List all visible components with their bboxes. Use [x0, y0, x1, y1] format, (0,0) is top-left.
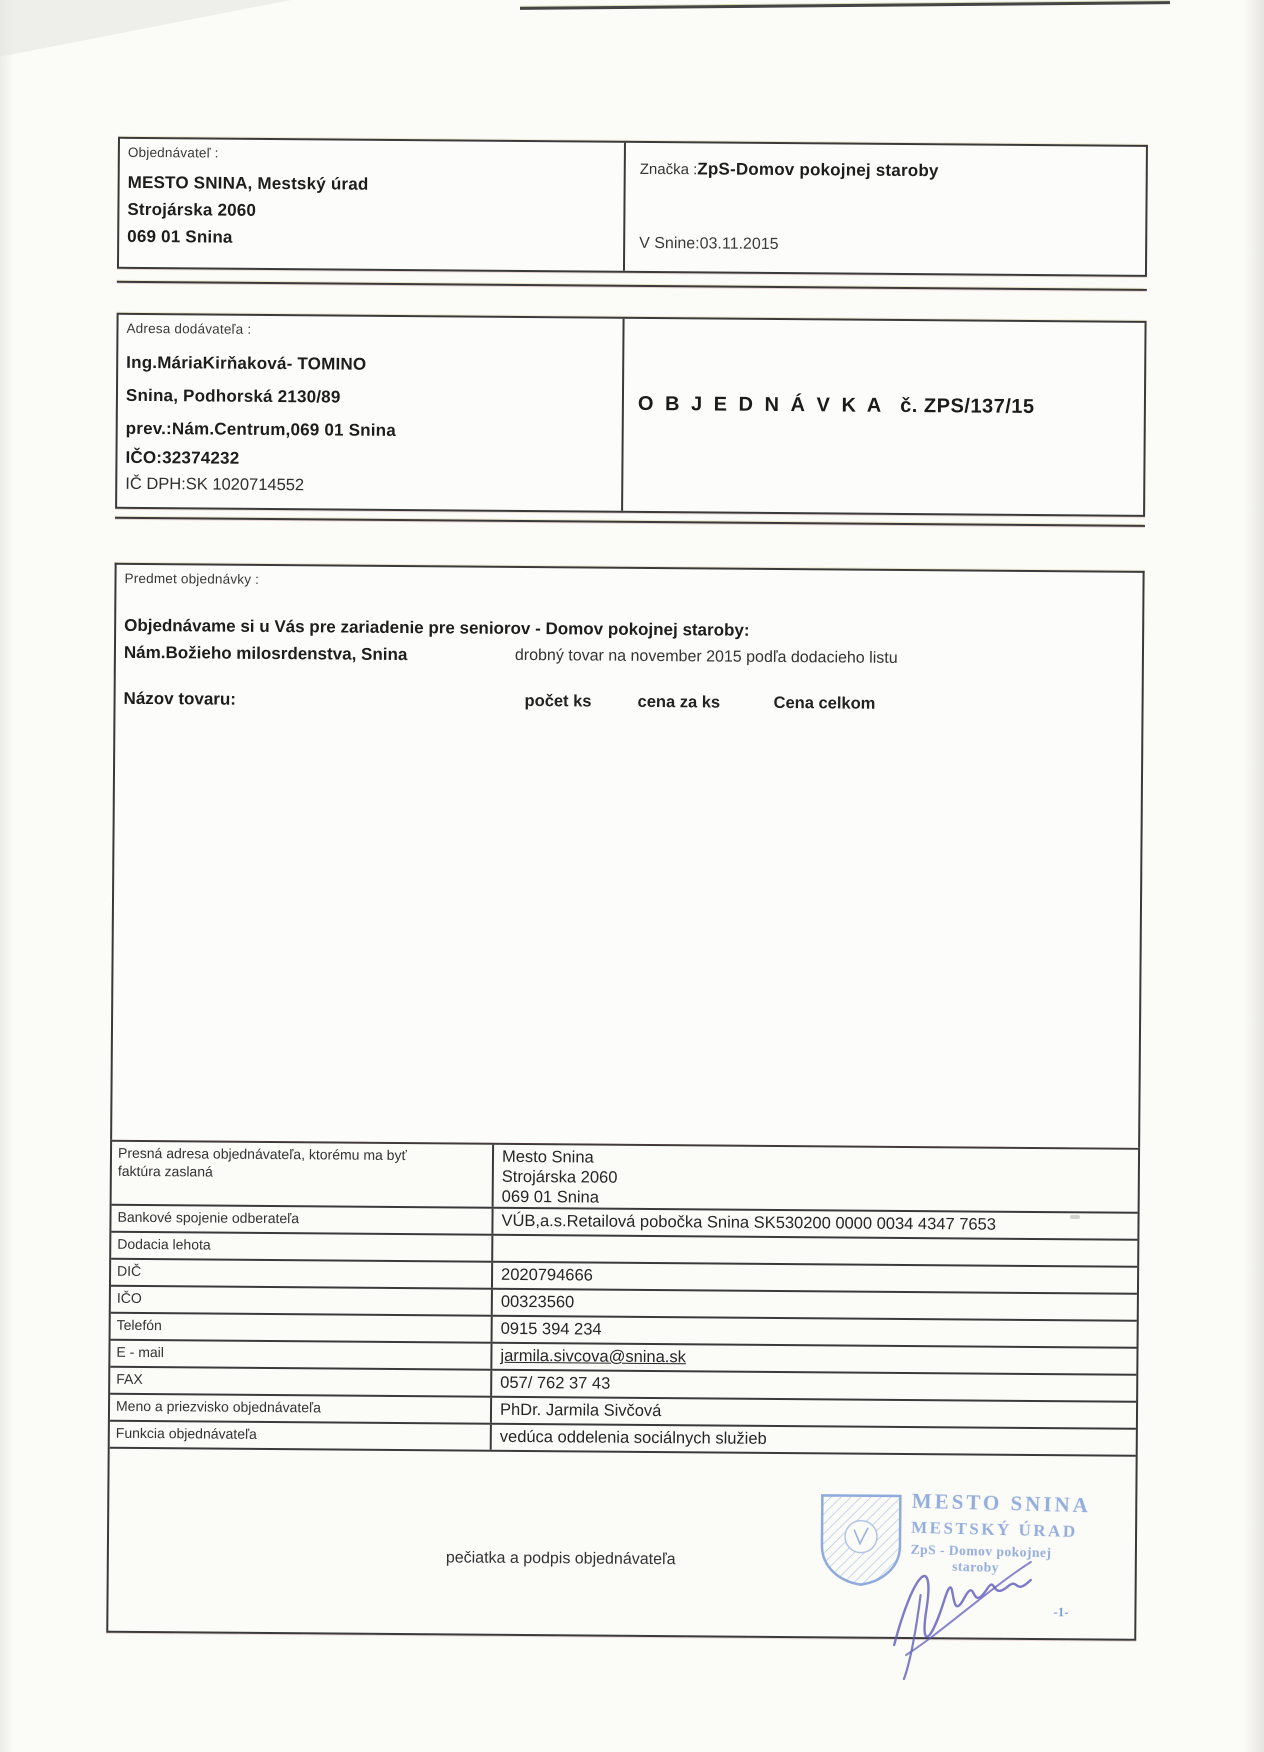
- items-label: Názov tovaru:: [124, 689, 237, 709]
- detail-value: 0915 394 234: [493, 1317, 1137, 1347]
- supplier-label: Adresa dodávateľa :: [126, 321, 614, 340]
- subject-columns-row: Názov tovaru: počet ks cena za ks Cena c…: [123, 689, 1133, 719]
- stamp-caption: pečiatka a podpis objednávateľa: [446, 1549, 676, 1569]
- subject-location: Nám.Božieho milosrdenstva, Snina: [124, 643, 408, 664]
- col-header-quantity: počet ks: [525, 692, 592, 712]
- detail-label: IČO: [111, 1287, 493, 1315]
- detail-value: [493, 1236, 1137, 1266]
- detail-value: 00323560: [493, 1290, 1137, 1320]
- supplier-street: Snina, Podhorská 2130/89: [126, 379, 614, 416]
- col-header-unit-price: cena za ks: [638, 693, 721, 713]
- detail-label: Presná adresa objednávateľa, ktorému ma …: [112, 1142, 494, 1207]
- subject-line2: Nám.Božieho milosrdenstva, Snina drobný …: [124, 643, 1134, 673]
- col-header-total-price: Cena celkom: [773, 694, 875, 714]
- detail-value-email: jarmila.sivcova@snina.sk: [492, 1344, 1136, 1374]
- separator-line: [115, 517, 1145, 527]
- separator-line: [117, 281, 1147, 291]
- reference-label: Značka :: [640, 161, 698, 178]
- order-number-word: O B J E D N Á V K A: [638, 393, 884, 417]
- detail-label: FAX: [110, 1368, 492, 1396]
- detail-value: Mesto Snina Strojárska 2060 069 01 Snina: [494, 1145, 1138, 1212]
- detail-label: E - mail: [110, 1341, 492, 1369]
- reference-cell: Značka :ZpS-Domov pokojnej staroby V Sni…: [625, 143, 1146, 275]
- scan-left-edge-shade: [0, 0, 14, 1752]
- supplier-cell: Adresa dodávateľa : Ing.MáriaKirňaková- …: [117, 315, 624, 511]
- document-content: Objednávateľ : MESTO SNINA, Mestský úrad…: [106, 137, 1148, 1641]
- scanned-order-form-page: Objednávateľ : MESTO SNINA, Mestský úrad…: [0, 0, 1264, 1752]
- orderer-city: 069 01 Snina: [127, 223, 615, 254]
- order-number: O B J E D N Á V K Ač. ZPS/137/15: [638, 393, 1136, 420]
- stamp-signature-area: pečiatka a podpis objednávateľa M: [108, 1447, 1135, 1639]
- official-stamp: MESTO SNINA MESTSKÝ ÚRAD ZpS - Domov pok…: [798, 1484, 1159, 1647]
- table-row: Presná adresa objednávateľa, ktorému ma …: [112, 1142, 1138, 1212]
- orderer-reference-box: Objednávateľ : MESTO SNINA, Mestský úrad…: [117, 137, 1148, 277]
- detail-value: 2020794666: [493, 1263, 1137, 1293]
- detail-label: Telefón: [111, 1314, 493, 1342]
- detail-label: Dodacia lehota: [111, 1233, 493, 1261]
- orderer-label: Objednávateľ :: [128, 145, 616, 164]
- detail-value: 057/ 762 37 43: [492, 1371, 1136, 1401]
- supplier-name: Ing.MáriaKirňaková- TOMINO: [126, 346, 614, 383]
- subject-label: Predmet objednávky :: [124, 571, 1134, 594]
- detail-label: Bankové spojenie odberateľa: [111, 1206, 493, 1234]
- stamp-line: MESTO SNINA: [912, 1489, 1173, 1521]
- scan-corner-shade: [0, 0, 584, 58]
- subject-period: drobný tovar na november 2015 podľa doda…: [515, 647, 898, 668]
- detail-label: DIČ: [111, 1260, 493, 1288]
- order-number-cell: O B J E D N Á V K Ač. ZPS/137/15: [623, 319, 1144, 515]
- supplier-order-box: Adresa dodávateľa : Ing.MáriaKirňaková- …: [115, 313, 1147, 517]
- subject-line1: Objednávame si u Vás pre zariadenie pre …: [124, 616, 1134, 644]
- scan-right-edge-shade: [1244, 0, 1264, 1752]
- subject-box: Predmet objednávky : Objednávame si u Vá…: [110, 563, 1145, 1148]
- scan-edge-line: [520, 1, 1170, 10]
- detail-value: VÚB,a.s.Retailová pobočka Snina SK530200…: [493, 1209, 1137, 1239]
- detail-label-line: faktúra zaslaná: [118, 1162, 486, 1183]
- detail-value: PhDr. Jarmila Sivčová: [492, 1398, 1136, 1428]
- detail-label: Funkcia objednávateľa: [110, 1422, 492, 1450]
- supplier-branch: prev.:Nám.Centrum,069 01 Snina: [126, 412, 614, 449]
- reference-line: Značka :ZpS-Domov pokojnej staroby: [640, 159, 1138, 183]
- signature: [880, 1537, 1091, 1689]
- orderer-name: MESTO SNINA, Mestský úrad: [128, 169, 616, 200]
- details-table: Presná adresa objednávateľa, ktorému ma …: [106, 1140, 1140, 1641]
- reference-value: ZpS-Domov pokojnej staroby: [697, 159, 938, 180]
- orderer-street: Strojárska 2060: [127, 196, 615, 227]
- order-number-value: č. ZPS/137/15: [900, 395, 1035, 418]
- orderer-cell: Objednávateľ : MESTO SNINA, Mestský úrad…: [119, 139, 626, 271]
- supplier-ico: IČO:32374232: [125, 445, 613, 475]
- detail-label: Meno a priezvisko objednávateľa: [110, 1395, 492, 1423]
- supplier-vat-id: IČ DPH:SK 1020714552: [125, 471, 613, 501]
- reference-date: V Snine:03.11.2015: [639, 235, 1137, 257]
